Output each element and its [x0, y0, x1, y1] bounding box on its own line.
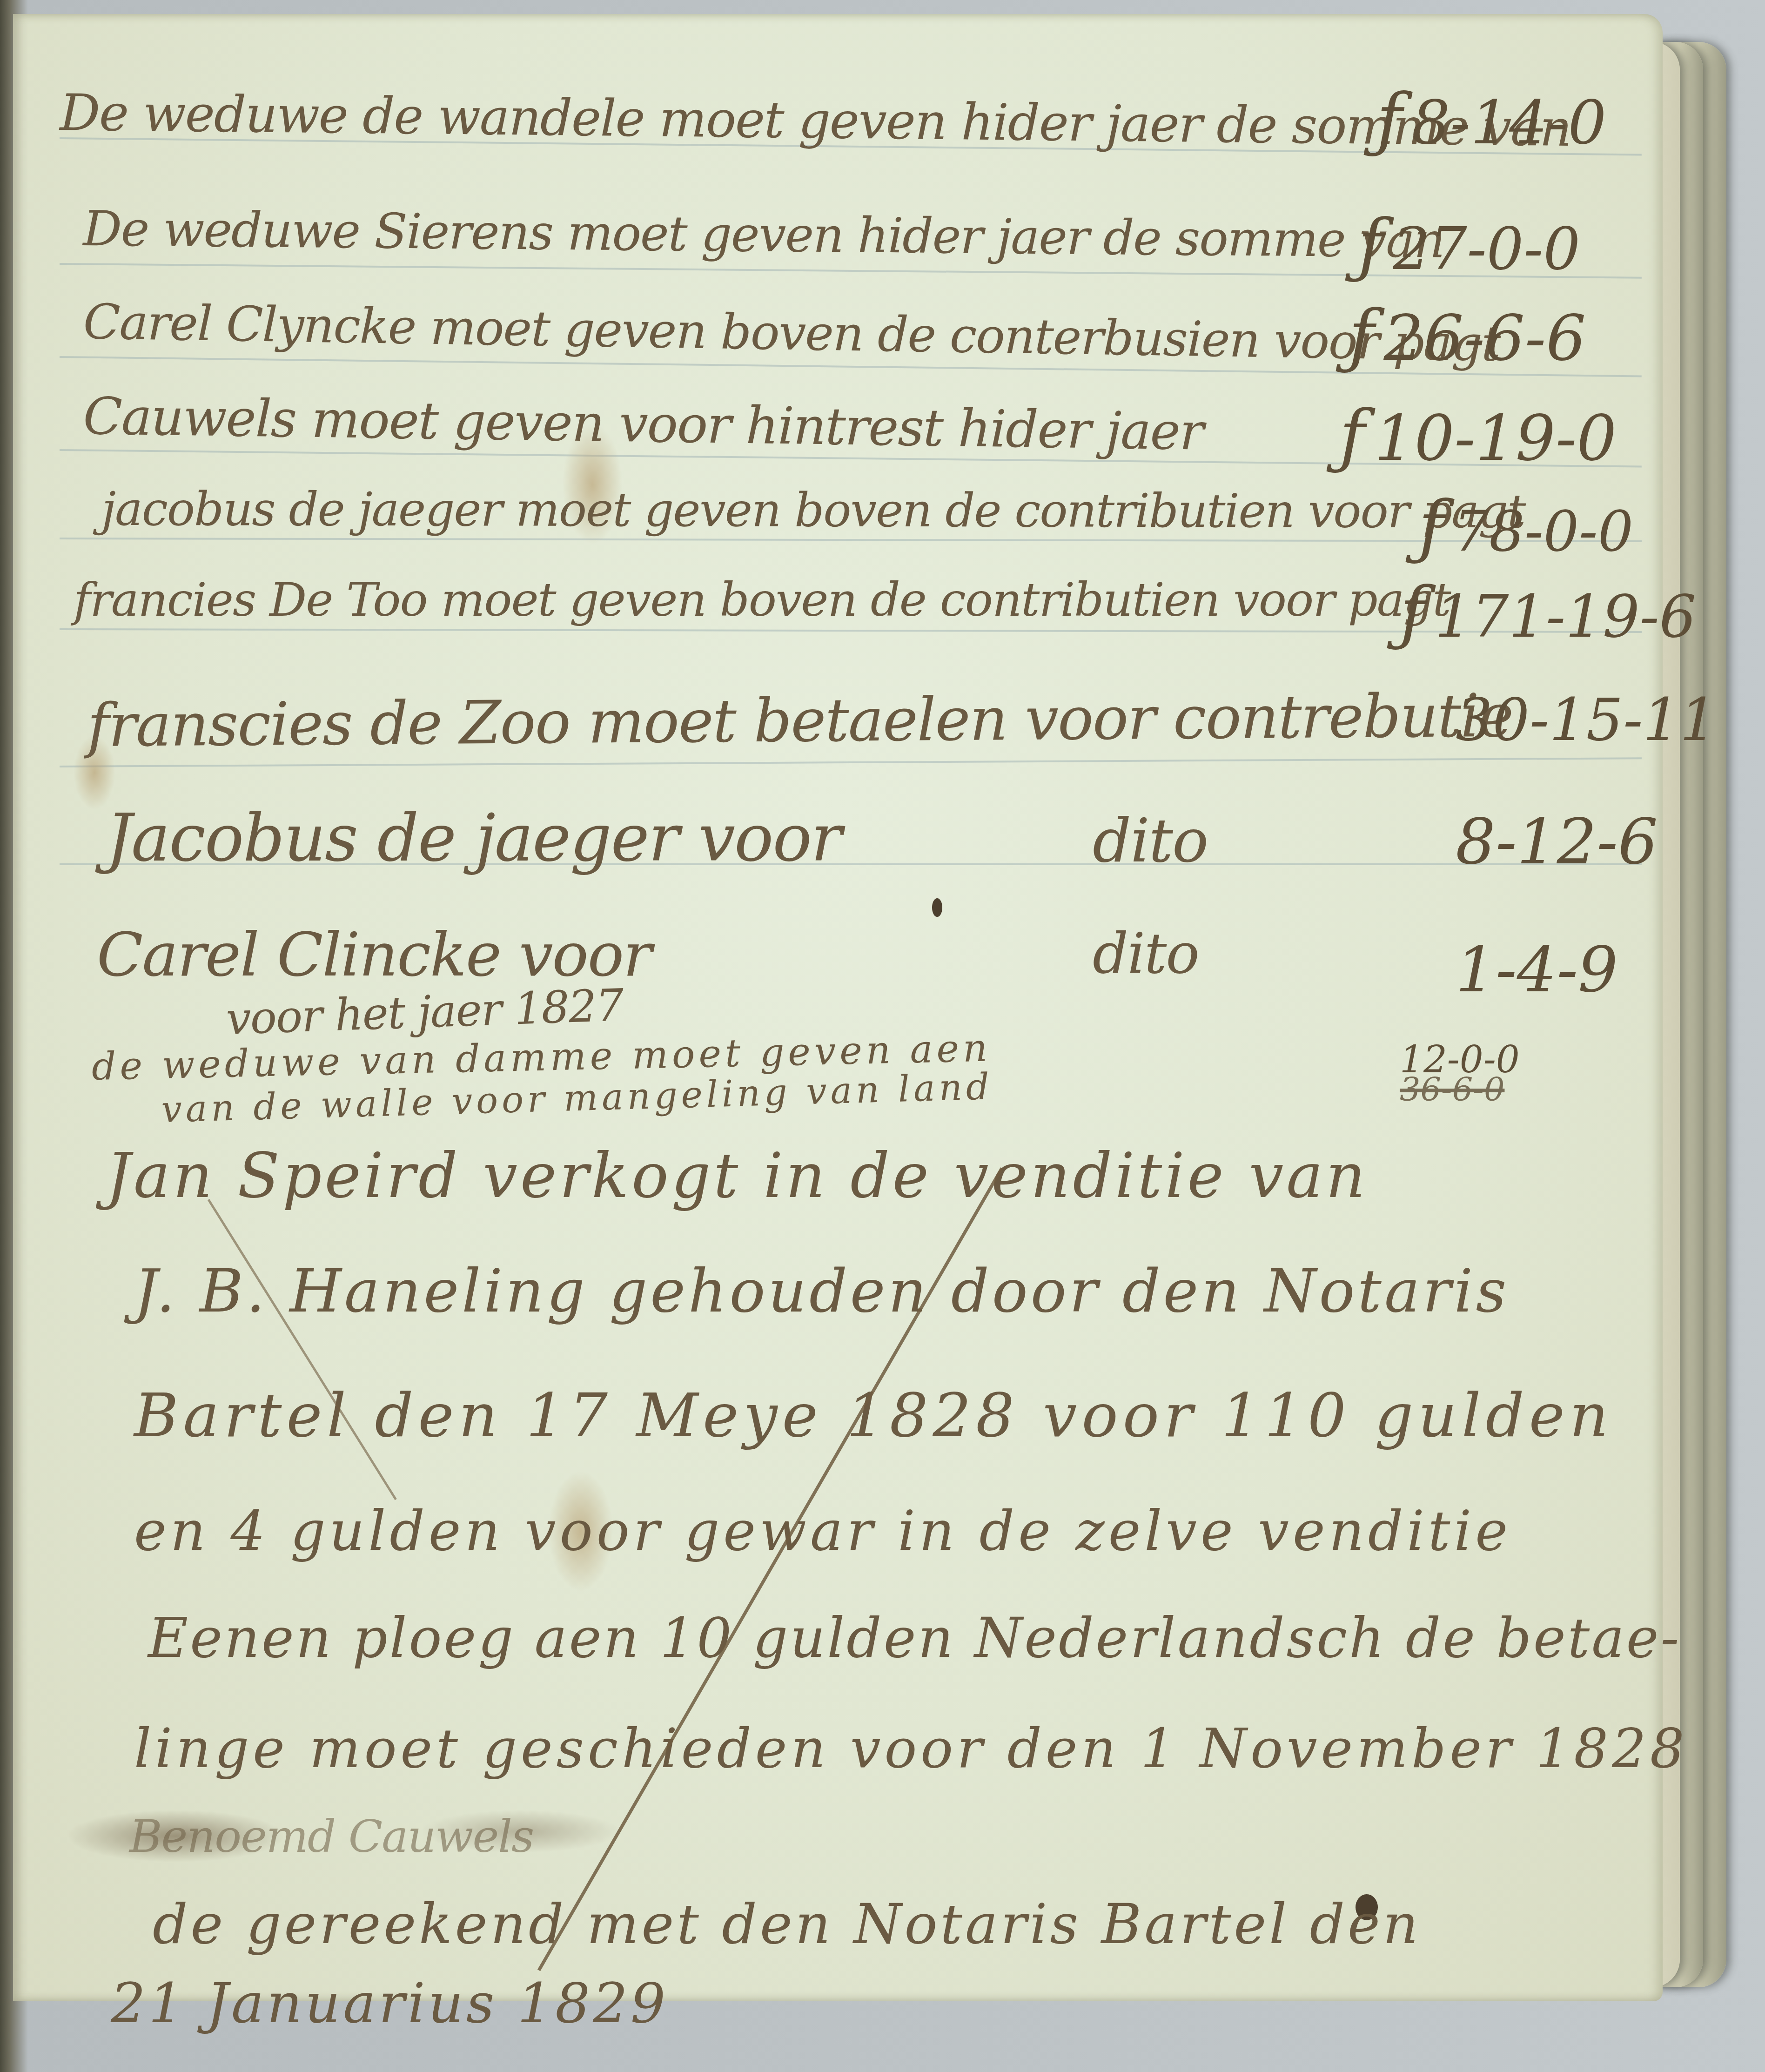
blotted-text: Benoemd Cauwels	[129, 1810, 533, 1863]
ledger-entry-6: francies De Too moet geven boven de cont…	[74, 572, 1450, 627]
entry-8-dito: dito	[1093, 805, 1208, 876]
settlement-line-2: 21 Januarius 1829	[111, 1971, 668, 2035]
ledger-entry-7: franscies de Zoo moet betaelen voor cont…	[87, 681, 1513, 760]
florin-symbol: ƒ	[1339, 396, 1365, 477]
florin-symbol: ƒ	[1376, 79, 1403, 160]
ledger-entry-5: jacobus de jaeger moet geven boven de co…	[101, 482, 1525, 538]
entry-3-amount: ƒ26-6-6	[1349, 296, 1586, 377]
sale-line-4: en 4 gulden voor gewar in de zelve vendi…	[134, 1499, 1511, 1563]
entry-8-amount: 8-12-6	[1456, 805, 1658, 878]
florin-symbol: ƒ	[1418, 486, 1444, 567]
ledger-page: De weduwe de wandele moet geven hider ja…	[13, 14, 1663, 2001]
florin-symbol: ƒ	[1358, 205, 1384, 286]
ledger-entry-8: Jacobus de jaeger voor	[106, 801, 841, 876]
sale-line-5: Eenen ploeg aen 10 gulden Nederlandsch d…	[148, 1606, 1681, 1670]
entry-4-amount: ƒ10-19-0	[1339, 396, 1617, 477]
entry-7-amount: 30-15-11	[1456, 686, 1717, 754]
entry-2-amount: ƒ27-0-0	[1358, 205, 1580, 286]
entry-5-amount: ƒ78-0-0	[1418, 486, 1633, 567]
sale-line-2: J. B. Haneling gehouden door den Notaris	[134, 1257, 1509, 1326]
settlement-line-1: de gereekend met den Notaris Bartel den	[153, 1892, 1421, 1956]
ledger-entry-1: De weduwe de wandele moet geven hider ja…	[60, 84, 1571, 158]
ink-spot	[932, 898, 942, 917]
ledger-entry-4: Cauwels moet geven voor hintrest hider j…	[83, 386, 1203, 462]
entry-1-amount: ƒ8-14-0	[1376, 79, 1606, 160]
entry-6-amount: ƒ171-19-6	[1400, 572, 1696, 653]
note-1827-struck-amount: 36-6-0	[1400, 1070, 1504, 1109]
ledger-entry-2: De weduwe Sierens moet geven hider jaer …	[83, 200, 1444, 269]
florin-symbol: ƒ	[1400, 572, 1426, 653]
cross-out-stroke	[208, 1199, 397, 1500]
entry-9-amount: 1-4-9	[1456, 933, 1618, 1006]
sale-line-1: Jan Speird verkogt in de venditie van	[106, 1140, 1368, 1212]
florin-symbol: ƒ	[1349, 296, 1375, 377]
sale-line-6: linge moet geschieden voor den 1 Novembe…	[134, 1717, 1688, 1780]
ledger-entry-9: Carel Clincke voor	[97, 919, 651, 990]
entry-9-dito: dito	[1093, 922, 1199, 986]
